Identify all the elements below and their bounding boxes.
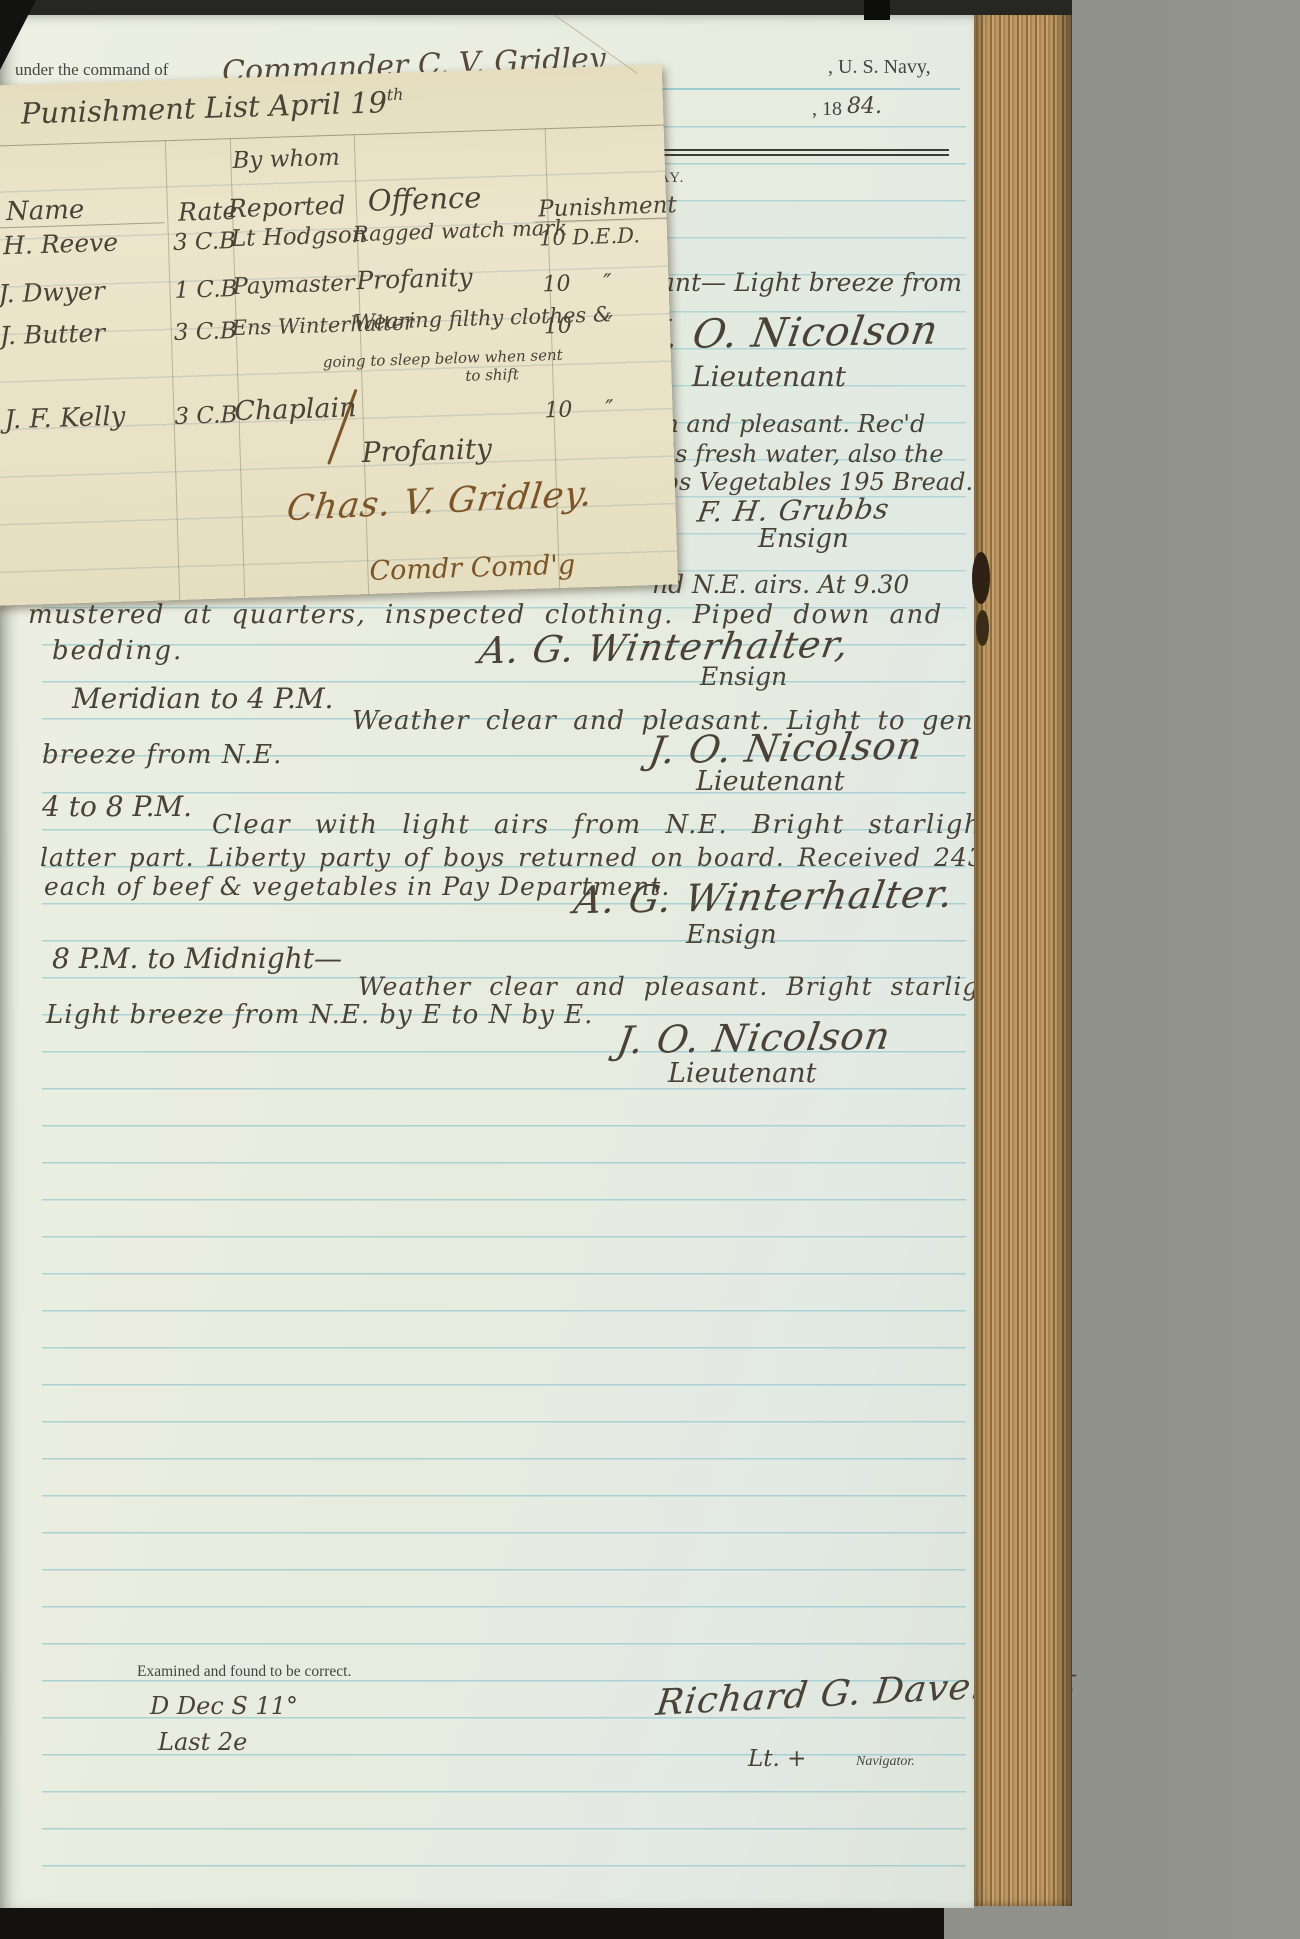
photo-bottom-shadow (0, 1908, 944, 1939)
row3-offence-note-line2: to shift (465, 365, 519, 385)
book-fore-edge (974, 6, 1072, 1906)
winterhalter-signature-2: A. G. Winterhalter. (571, 872, 957, 923)
winterhalter-rank-1: Ensign (700, 662, 787, 691)
footer-note-line2: Last 2e (158, 1728, 247, 1756)
log-frag-airs: nd N.E. airs. At 9.30 (652, 570, 909, 599)
row1-name: H. Reeve (3, 228, 119, 261)
row2-rate: 1 C.B (174, 276, 238, 304)
photo-top-notch (864, 0, 890, 20)
nicolson-rank-3: Lieutenant (668, 1058, 817, 1089)
eight-to-midnight-heading: 8 P.M. to Midnight— (52, 942, 342, 975)
row2-reported-by: Paymaster (232, 270, 355, 300)
photo-top-edge (0, 0, 1072, 15)
row2-offence: Profanity (356, 263, 473, 296)
row4-punishment: 10 ″ (544, 396, 614, 423)
double-rule-bottom (655, 154, 949, 156)
under-command-label: under the command of (15, 60, 168, 80)
double-rule-top (655, 149, 949, 151)
nicolson-rank-1: Lieutenant (692, 360, 846, 393)
row4-offence: Profanity (361, 432, 492, 469)
row3-punishment: 10 ″ (543, 312, 613, 339)
year-prefix: , 18 (812, 98, 842, 121)
nicolson-signature-3: J. O. Nicolson (614, 1014, 894, 1063)
eight-to-midnight-line1: Weather clear and pleasant. Bright starl… (358, 972, 1008, 1001)
ruled-line-top (652, 88, 960, 90)
row1-rate: 3 C.B (173, 228, 237, 256)
meridian-heading: Meridian to 4 P.M. (72, 682, 333, 715)
year-handwritten: 84. (847, 94, 882, 119)
title-superscript: th (386, 85, 403, 105)
header-reported-by-line2: Reported (228, 191, 346, 224)
header-offence: Offence (367, 180, 482, 218)
nicolson-rank-2: Lieutenant (696, 766, 845, 797)
grubbs-rank: Ensign (758, 524, 849, 554)
row4-reported-by: Chaplain (234, 392, 357, 427)
eight-to-midnight-line2: Light breeze from N.E. by E to N by E. (46, 1000, 593, 1030)
row3-name: J. Butter (0, 318, 106, 350)
four-to-eight-heading: 4 to 8 P.M. (42, 790, 192, 823)
punishment-list-paper: Punishment List April 19th By whom Name … (0, 65, 678, 606)
header-name: Name (6, 195, 85, 227)
gridley-signature-title: Comdr Comd'g (369, 549, 576, 586)
log-frag-vegetables: lbs Vegetables 195 Bread. (656, 468, 973, 496)
log-frag-pleasant: m and pleasant. Rec'd (656, 410, 925, 438)
header-reported-by-line1: By whom (232, 145, 340, 174)
fore-edge-dark-spot-2 (976, 610, 989, 646)
navigator-label: Navigator. (856, 1754, 915, 1770)
row2-name: J. Dwyer (0, 276, 105, 308)
davenport-rank: Lt. + (748, 1746, 806, 1772)
punishment-list-title: Punishment List April 19th (20, 85, 404, 131)
row4-name: J. F. Kelly (4, 402, 126, 436)
four-to-eight-line1: Clear with light airs from N.E. Bright s… (212, 810, 994, 840)
row1-reported-by: Lt Hodgson (231, 222, 367, 252)
meridian-line2: breeze from N.E. (42, 740, 282, 770)
examined-label: Examined and found to be correct. (137, 1663, 351, 1681)
log-mustered-line2: bedding. (52, 636, 183, 666)
row1-punishment: 10 D.E.D. (539, 223, 641, 250)
log-frag-breeze: ant— Light breeze from (660, 268, 962, 297)
winterhalter-signature-1: A. G. Winterhalter, (476, 623, 852, 672)
row3-rate: 3 C.B (173, 318, 237, 346)
row2-punishment: 10 ″ (542, 270, 612, 297)
winterhalter-rank-2: Ensign (686, 920, 777, 950)
log-frag-water: rls fresh water, also the (656, 440, 944, 468)
navy-suffix: , U. S. Navy, (828, 56, 931, 79)
logbook-photo: under the command of Commander C. V. Gri… (0, 0, 1300, 1939)
fore-edge-dark-spot-1 (972, 552, 990, 604)
nicolson-signature-1: J. O. Nicolson (648, 308, 942, 359)
four-to-eight-line2: latter part. Liberty party of boys retur… (40, 843, 1063, 872)
footer-note-line1: D Dec S 11° (150, 1692, 298, 1720)
row4-rate: 3 C.B (174, 402, 238, 430)
